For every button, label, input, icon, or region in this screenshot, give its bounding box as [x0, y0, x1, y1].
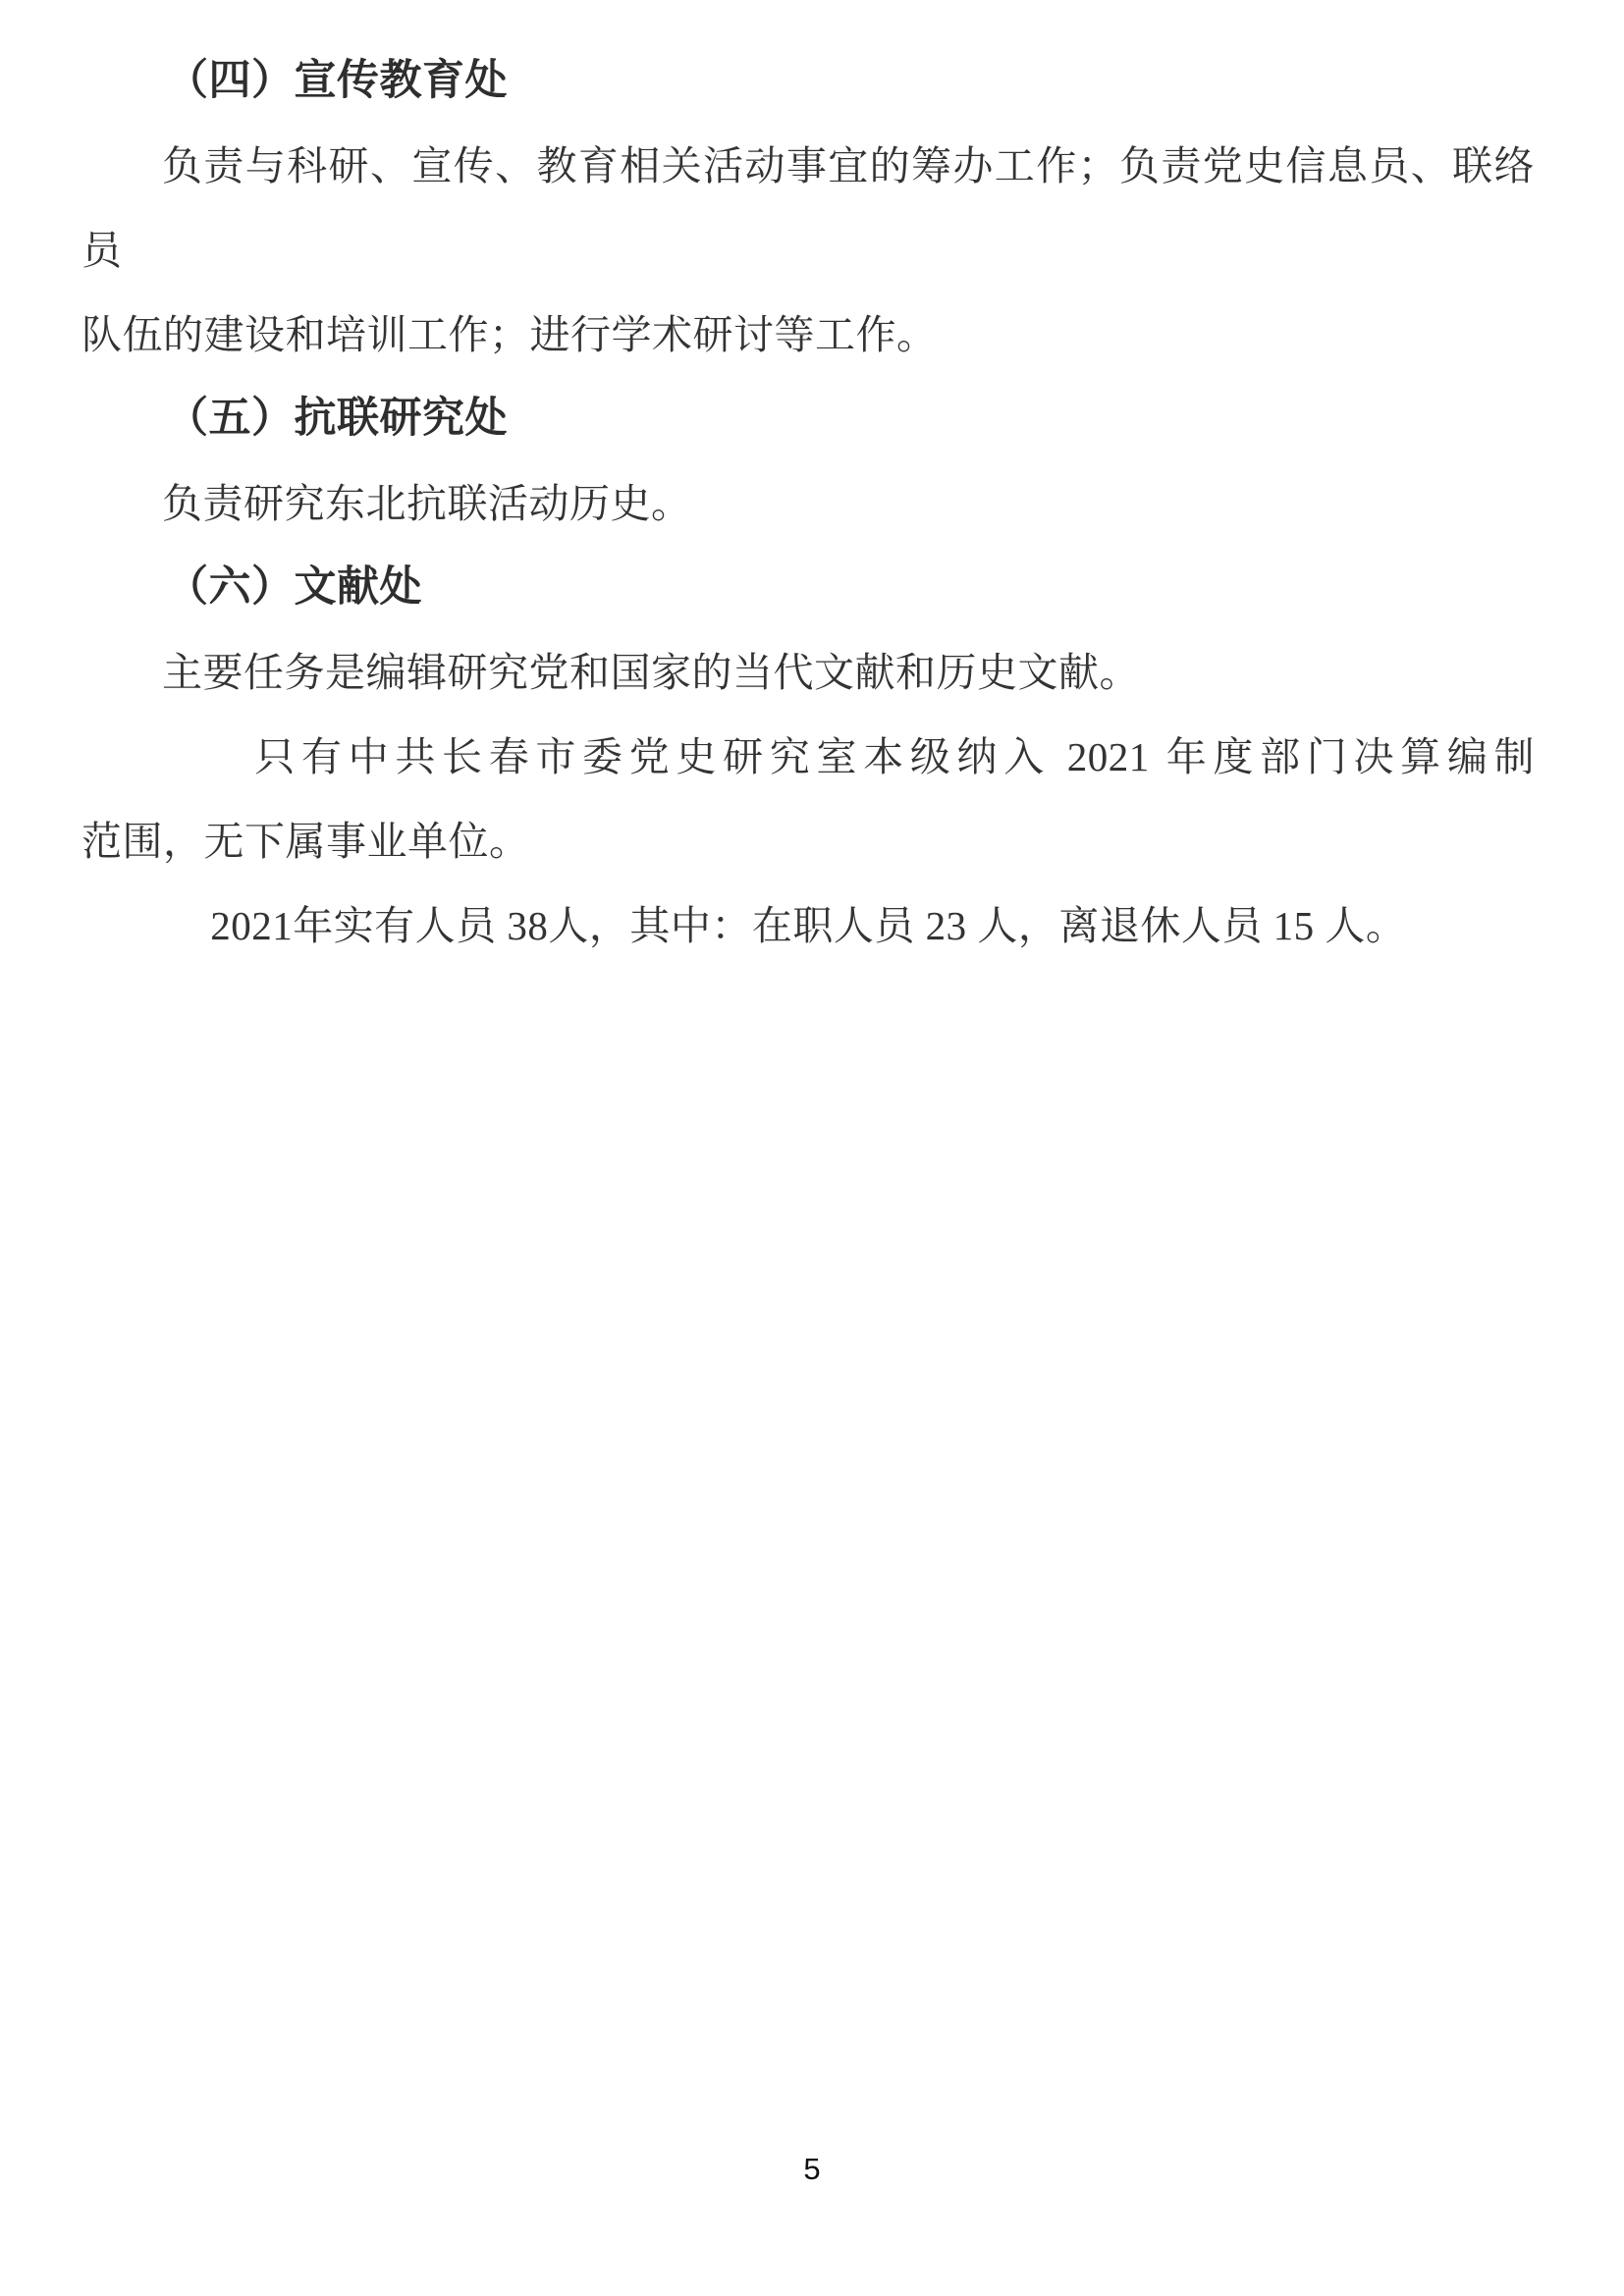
- section-heading-5-kanglian-research-division: （五）抗联研究处: [81, 377, 1535, 461]
- paragraph-line: 2021年实有人员 38人，其中：在职人员 23 人，离退休人员 15 人。: [81, 883, 1535, 968]
- paragraph-line: 范围，无下属事业单位。: [81, 799, 1535, 883]
- paragraph-line: 队伍的建设和培训工作；进行学术研讨等工作。: [81, 293, 1535, 377]
- section-heading-4-publicity-education-division: （四）宣传教育处: [81, 39, 1535, 124]
- paragraph-line: 主要任务是编辑研究党和国家的当代文献和历史文献。: [81, 630, 1535, 715]
- document-body: （四）宣传教育处 负责与科研、宣传、教育相关活动事宜的筹办工作；负责党史信息员、…: [81, 39, 1535, 968]
- section-heading-6-literature-division: （六）文献处: [81, 546, 1535, 630]
- document-page: （四）宣传教育处 负责与科研、宣传、教育相关活动事宜的筹办工作；负责党史信息员、…: [0, 0, 1624, 2296]
- page-number: 5: [0, 2150, 1624, 2189]
- paragraph-line: 负责与科研、宣传、教育相关活动事宜的筹办工作；负责党史信息员、联络员: [81, 124, 1535, 293]
- paragraph-line: 只有中共长春市委党史研究室本级纳入 2021 年度部门决算编制: [81, 715, 1535, 799]
- paragraph-line: 负责研究东北抗联活动历史。: [81, 461, 1535, 546]
